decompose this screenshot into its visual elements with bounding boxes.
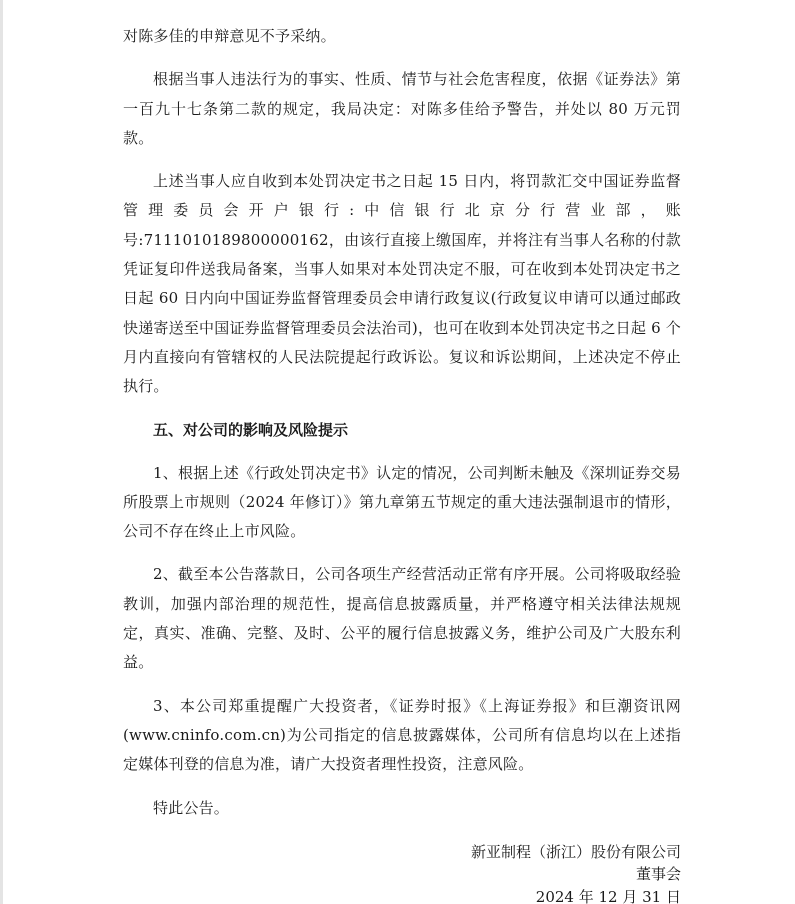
- section-heading: 五、对公司的影响及风险提示: [123, 416, 681, 445]
- paragraph-penalty-decision: 根据当事人违法行为的事实、性质、情节与社会危害程度，依据《证券法》第一百九十七条…: [123, 65, 681, 153]
- risk-item-1: 1、根据上述《行政处罚决定书》认定的情况，公司判断未触及《深圳证券交易所股票上市…: [123, 459, 681, 547]
- closing-statement: 特此公告。: [123, 794, 681, 823]
- risk-item-3: 3、本公司郑重提醒广大投资者，《证券时报》《上海证券报》和巨潮资讯网(www.c…: [123, 692, 681, 780]
- paragraph-payment-instructions: 上述当事人应自收到本处罚决定书之日起 15 日内，将罚款汇交中国证券监督管理委员…: [123, 167, 681, 401]
- signature-board: 董事会: [123, 863, 681, 886]
- signature-block: 新亚制程（浙江）股份有限公司 董事会 2024 年 12 月 31 日: [123, 841, 681, 904]
- risk-item-2: 2、截至本公告落款日，公司各项生产经营活动正常有序开展。公司将吸取经验教训，加强…: [123, 560, 681, 677]
- signature-date: 2024 年 12 月 31 日: [123, 886, 681, 904]
- paragraph-rejection: 对陈多佳的申辩意见不予采纳。: [123, 22, 681, 51]
- page-edge: [0, 0, 3, 904]
- document-page: 对陈多佳的申辩意见不予采纳。 根据当事人违法行为的事实、性质、情节与社会危害程度…: [123, 22, 681, 904]
- signature-company: 新亚制程（浙江）股份有限公司: [123, 841, 681, 864]
